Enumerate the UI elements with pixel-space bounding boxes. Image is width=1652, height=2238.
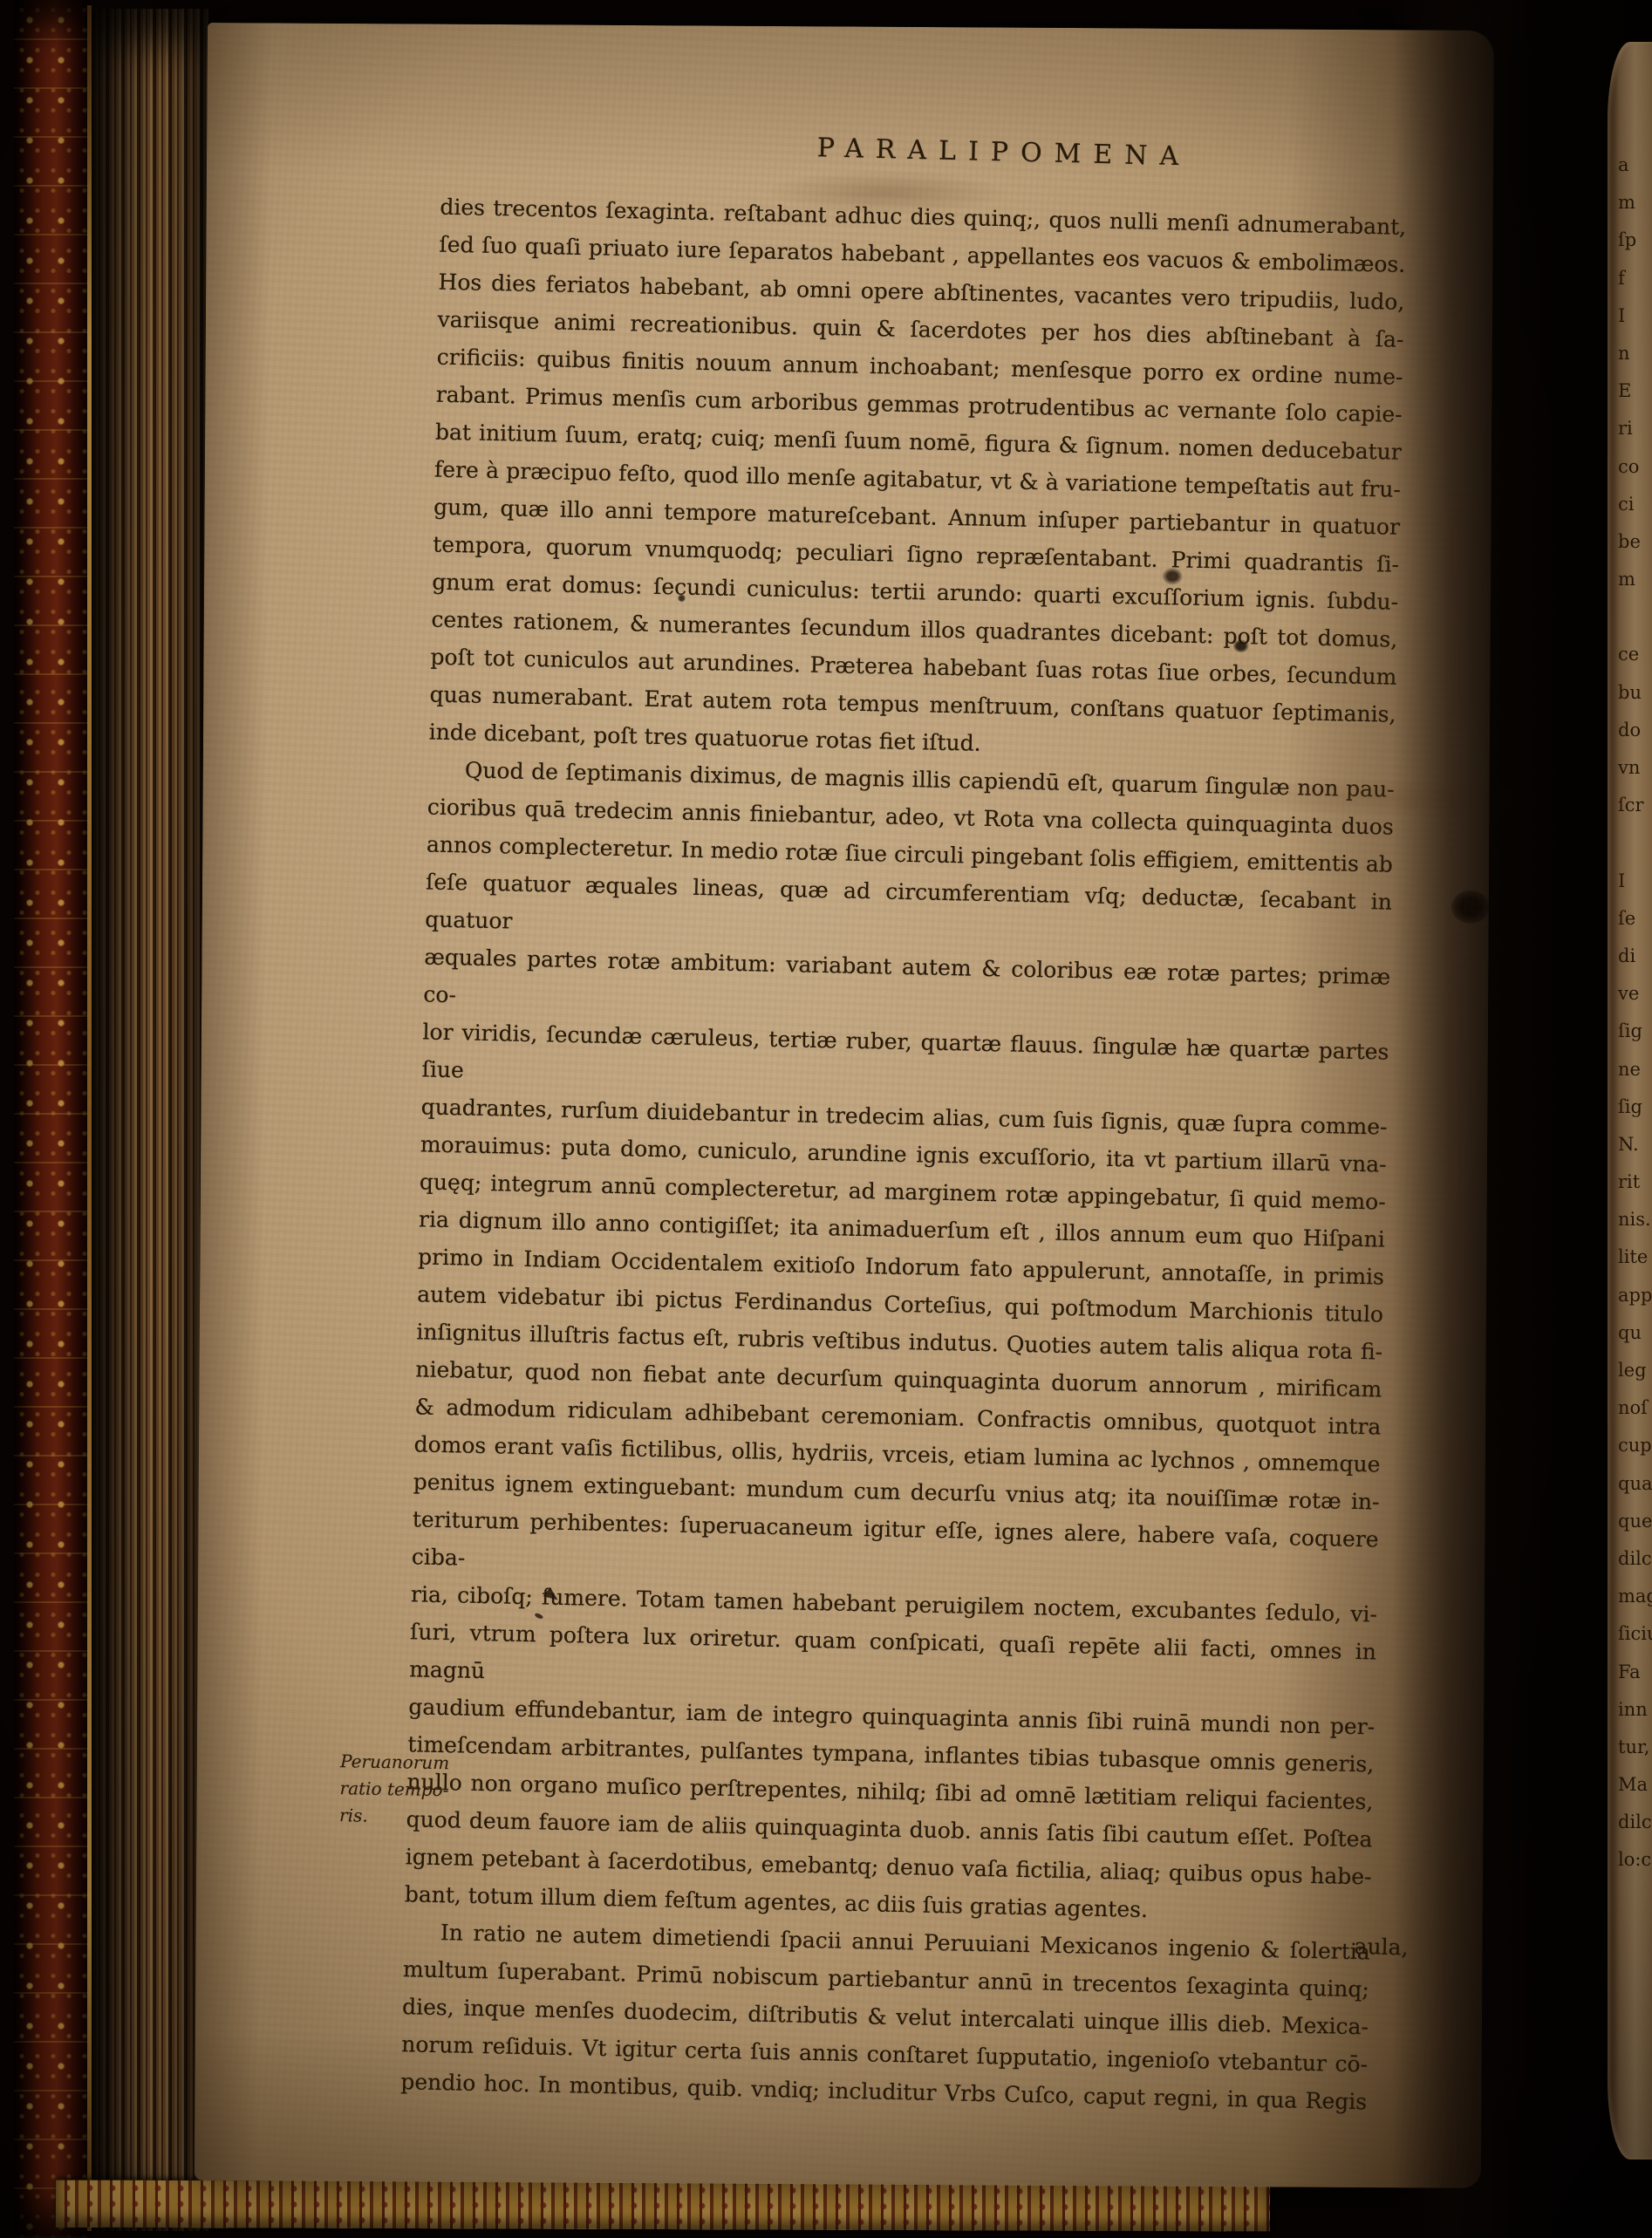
- text-line: poſt tot cuniculos aut arundines. Præter…: [430, 638, 1397, 696]
- facing-page-fragment: ſe: [1618, 900, 1652, 938]
- facing-page-fragment: que: [1618, 1503, 1652, 1540]
- ink-blot: [1162, 568, 1183, 585]
- facing-page-fragment: app: [1618, 1277, 1652, 1314]
- facing-page-fragment: qua: [1618, 1465, 1652, 1503]
- facing-page-fragment: ſig: [1618, 1013, 1652, 1050]
- facing-page-fragment: Fa: [1618, 1654, 1652, 1691]
- text-line: rabant. Primus menſis cum arboribus gemm…: [435, 376, 1403, 433]
- text-line: quod deum fauore iam de aliis quinquagin…: [406, 1800, 1373, 1858]
- text-line: ignem petebant à ſacerdotibus, emebantq;…: [405, 1838, 1372, 1895]
- text-line: quęq; integrum annū complecteretur, ad m…: [420, 1163, 1387, 1220]
- book-page: PARALIPOMENA dies trecentos ſexaginta. r…: [195, 23, 1494, 2188]
- manuscript-mark: [543, 1587, 562, 1605]
- text-line: centes rationem, & numerantes ſecundum i…: [431, 601, 1398, 658]
- text-line: ſeſe quatuor æquales lineas, quæ ad circ…: [425, 863, 1393, 958]
- facing-page-fragment: ſcr: [1618, 787, 1652, 824]
- marginal-note-line: ratio tempo-: [339, 1775, 470, 1804]
- text-line: ſuri, vtrum poſtera lux oriretur. quam c…: [409, 1613, 1377, 1708]
- manuscript-mark: [534, 1613, 543, 1621]
- facing-page-fragment: I: [1618, 297, 1652, 335]
- paper-stain: [765, 169, 1009, 216]
- facing-page-fragment: [1618, 598, 1652, 636]
- facing-page-fragment: n: [1618, 335, 1652, 372]
- text-line: niebatur, quod non fiebat ante decurſum …: [415, 1350, 1382, 1408]
- facing-page-fragment: lite: [1618, 1238, 1652, 1276]
- ink-blot: [1233, 639, 1249, 652]
- facing-page-fragment: tur,: [1618, 1729, 1652, 1766]
- ink-speck: [678, 594, 686, 602]
- facing-page-fragment: ci: [1618, 486, 1652, 523]
- text-line: inde dicebant, poſt tres quatuorue rotas…: [428, 713, 1396, 771]
- facing-page-fragment: f: [1618, 260, 1652, 297]
- text-line: tempora, quorum vnumquodq; peculiari ſig…: [433, 526, 1400, 583]
- facing-page-fragment: di: [1618, 938, 1652, 975]
- body-text: dies trecentos ſexaginta. reſtabant adhu…: [400, 188, 1407, 2121]
- facing-page-fragment: ne: [1618, 1051, 1652, 1088]
- facing-page-fragment: do: [1618, 712, 1652, 749]
- facing-page-fragment: vn: [1618, 749, 1652, 787]
- facing-page-fragment: ve: [1618, 975, 1652, 1013]
- text-line: ria, ciboſq; ſumere. Totam tamen habeban…: [411, 1575, 1378, 1633]
- facing-page-fragment: m: [1618, 561, 1652, 598]
- text-line: multum ſuperabant. Primū nobiscum partie…: [403, 1950, 1370, 2008]
- facing-page-text-fragments: amſpfInEricocibem cebudovnſcr Iſediveſig…: [1618, 147, 1652, 1880]
- facing-page-fragment: ce: [1618, 636, 1652, 673]
- page-edges: [92, 9, 208, 2231]
- text-line: crificiis: quibus finitis nouum annum in…: [436, 338, 1403, 396]
- book-photo: PARALIPOMENA dies trecentos ſexaginta. r…: [0, 0, 1652, 2238]
- facing-page-fragment: m: [1618, 184, 1652, 222]
- running-title: PARALIPOMENA: [816, 133, 1191, 172]
- text-line: In ratio ne autem dimetiendi ſpacii annu…: [404, 1913, 1371, 1970]
- facing-page-fragment: leg: [1618, 1352, 1652, 1389]
- facing-page-fragment: rit: [1618, 1163, 1652, 1201]
- leather-binding: [14, 0, 91, 2238]
- facing-page-fragment: qu: [1618, 1314, 1652, 1352]
- marginal-note: Peruanorumratio tempo-ris.: [339, 1748, 472, 1831]
- paragraph: dies trecentos ſexaginta. reſtabant adhu…: [428, 188, 1406, 771]
- facing-page-fragment: bu: [1618, 674, 1652, 712]
- facing-page-fragment: co: [1618, 448, 1652, 486]
- facing-page-fragment: ſiciu: [1618, 1615, 1652, 1653]
- text-line: inſignitus illuſtris factus eſt, rubris …: [416, 1313, 1383, 1370]
- marginal-note-line: Peruanorum: [340, 1748, 471, 1777]
- catchword: aula,: [1068, 1926, 1409, 1961]
- text-line: cioribus quā tredecim annis finiebantur,…: [427, 788, 1395, 845]
- text-line: quadrantes, rurſum diuidebantur in trede…: [420, 1088, 1388, 1145]
- facing-page-fragment: E: [1618, 372, 1652, 410]
- text-line: autem videbatur ibi pictus Ferdinandus C…: [417, 1275, 1384, 1333]
- facing-page-fragment: mag: [1618, 1578, 1652, 1615]
- text-line: æquales partes rotæ ambitum: variabant a…: [423, 938, 1391, 1033]
- facing-page-fragment: N.: [1618, 1126, 1652, 1163]
- facing-page-fragment: Ma: [1618, 1766, 1652, 1804]
- text-line: & admodum ridiculam adhibebant ceremonia…: [414, 1388, 1382, 1445]
- text-line: primo in Indiam Occidentalem exitioſo In…: [418, 1238, 1385, 1295]
- facing-page-fragment: a: [1618, 147, 1652, 184]
- text-line: Hos dies feriatos habebant, ab omni oper…: [438, 263, 1405, 321]
- text-line: Quod de ſeptimanis diximus, de magnis il…: [427, 750, 1395, 808]
- facing-page-fragment: dilc: [1618, 1540, 1652, 1578]
- facing-page-fragment: ſp: [1618, 222, 1652, 259]
- facing-page-fragment: cup: [1618, 1427, 1652, 1464]
- facing-page-sliver: amſpfInEricocibem cebudovnſcr Iſediveſig…: [1608, 42, 1652, 2160]
- text-line: teriturum perhibentes: ſuperuacaneum igi…: [412, 1500, 1380, 1595]
- text-line: dies, inque menſes duodecim, diſtributis…: [402, 1988, 1369, 2045]
- facing-page-fragment: dilc: [1618, 1804, 1652, 1841]
- text-line: gnum erat domus: ſecundi cuniculus: tert…: [432, 563, 1399, 621]
- text-line: gum, quæ illo anni tempore matureſcebant…: [433, 488, 1401, 546]
- text-line: norum reſiduis. Vt igitur certa ſuis ann…: [401, 2025, 1369, 2083]
- text-line: nullo non organo muſico perſtrepentes, n…: [406, 1763, 1374, 1820]
- facing-page-fragment: noſ: [1618, 1389, 1652, 1427]
- facing-page-fragment: lo:c: [1618, 1841, 1652, 1879]
- text-line: fere à præcipuo feſto, quod illo menſe a…: [434, 451, 1402, 508]
- text-line: gaudium effundebantur, iam de integro qu…: [408, 1688, 1376, 1745]
- paragraph: Quod de ſeptimanis diximus, de magnis il…: [404, 750, 1395, 1933]
- text-line: quas numerabant. Erat autem rota tempus …: [429, 676, 1396, 733]
- text-line: annos complecteretur. In medio rotæ ſiue…: [427, 825, 1394, 883]
- text-line: domos erant vaſis fictilibus, ollis, hyd…: [413, 1425, 1381, 1483]
- facing-page-fragment: be: [1618, 523, 1652, 561]
- facing-page-fragment: I: [1618, 863, 1652, 900]
- text-line: penitus ignem extinguebant: mundum cum d…: [413, 1463, 1380, 1520]
- text-line: bat initium ſuum, eratq; cuiq; menſi ſuu…: [435, 413, 1403, 471]
- text-line: bant, totum illum diem feſtum agentes, a…: [404, 1875, 1371, 1933]
- facing-page-fragment: inn: [1618, 1691, 1652, 1729]
- text-line: pendio hoc. In montibus, quib. vndiq; in…: [400, 2063, 1368, 2120]
- text-line: ria dignum illo anno contigiſſet; ita an…: [419, 1200, 1386, 1258]
- text-line: timeſcendam arbitrantes, pulſantes tympa…: [407, 1725, 1375, 1783]
- text-line: lor viridis, ſecundæ cæruleus, tertiæ ru…: [421, 1013, 1389, 1108]
- text-line: variisque animi recreationibus. quin & ſ…: [437, 301, 1404, 358]
- facing-page-fragment: [1618, 824, 1652, 862]
- tail-gilt-edge: [56, 2180, 1270, 2232]
- facing-page-fragment: ri: [1618, 410, 1652, 447]
- text-line: ſed ſuo quaſi priuato iure ſeparatos hab…: [439, 226, 1406, 283]
- facing-page-fragment: nis.: [1618, 1201, 1652, 1238]
- paragraph: In ratio ne autem dimetiendi ſpacii annu…: [400, 1913, 1370, 2120]
- text-line: dies trecentos ſexaginta. reſtabant adhu…: [440, 188, 1407, 246]
- text-line: morauimus: puta domo, cuniculo, arundine…: [420, 1125, 1387, 1183]
- facing-page-fragment: ſig: [1618, 1088, 1652, 1126]
- marginal-note-line: ris.: [339, 1802, 470, 1831]
